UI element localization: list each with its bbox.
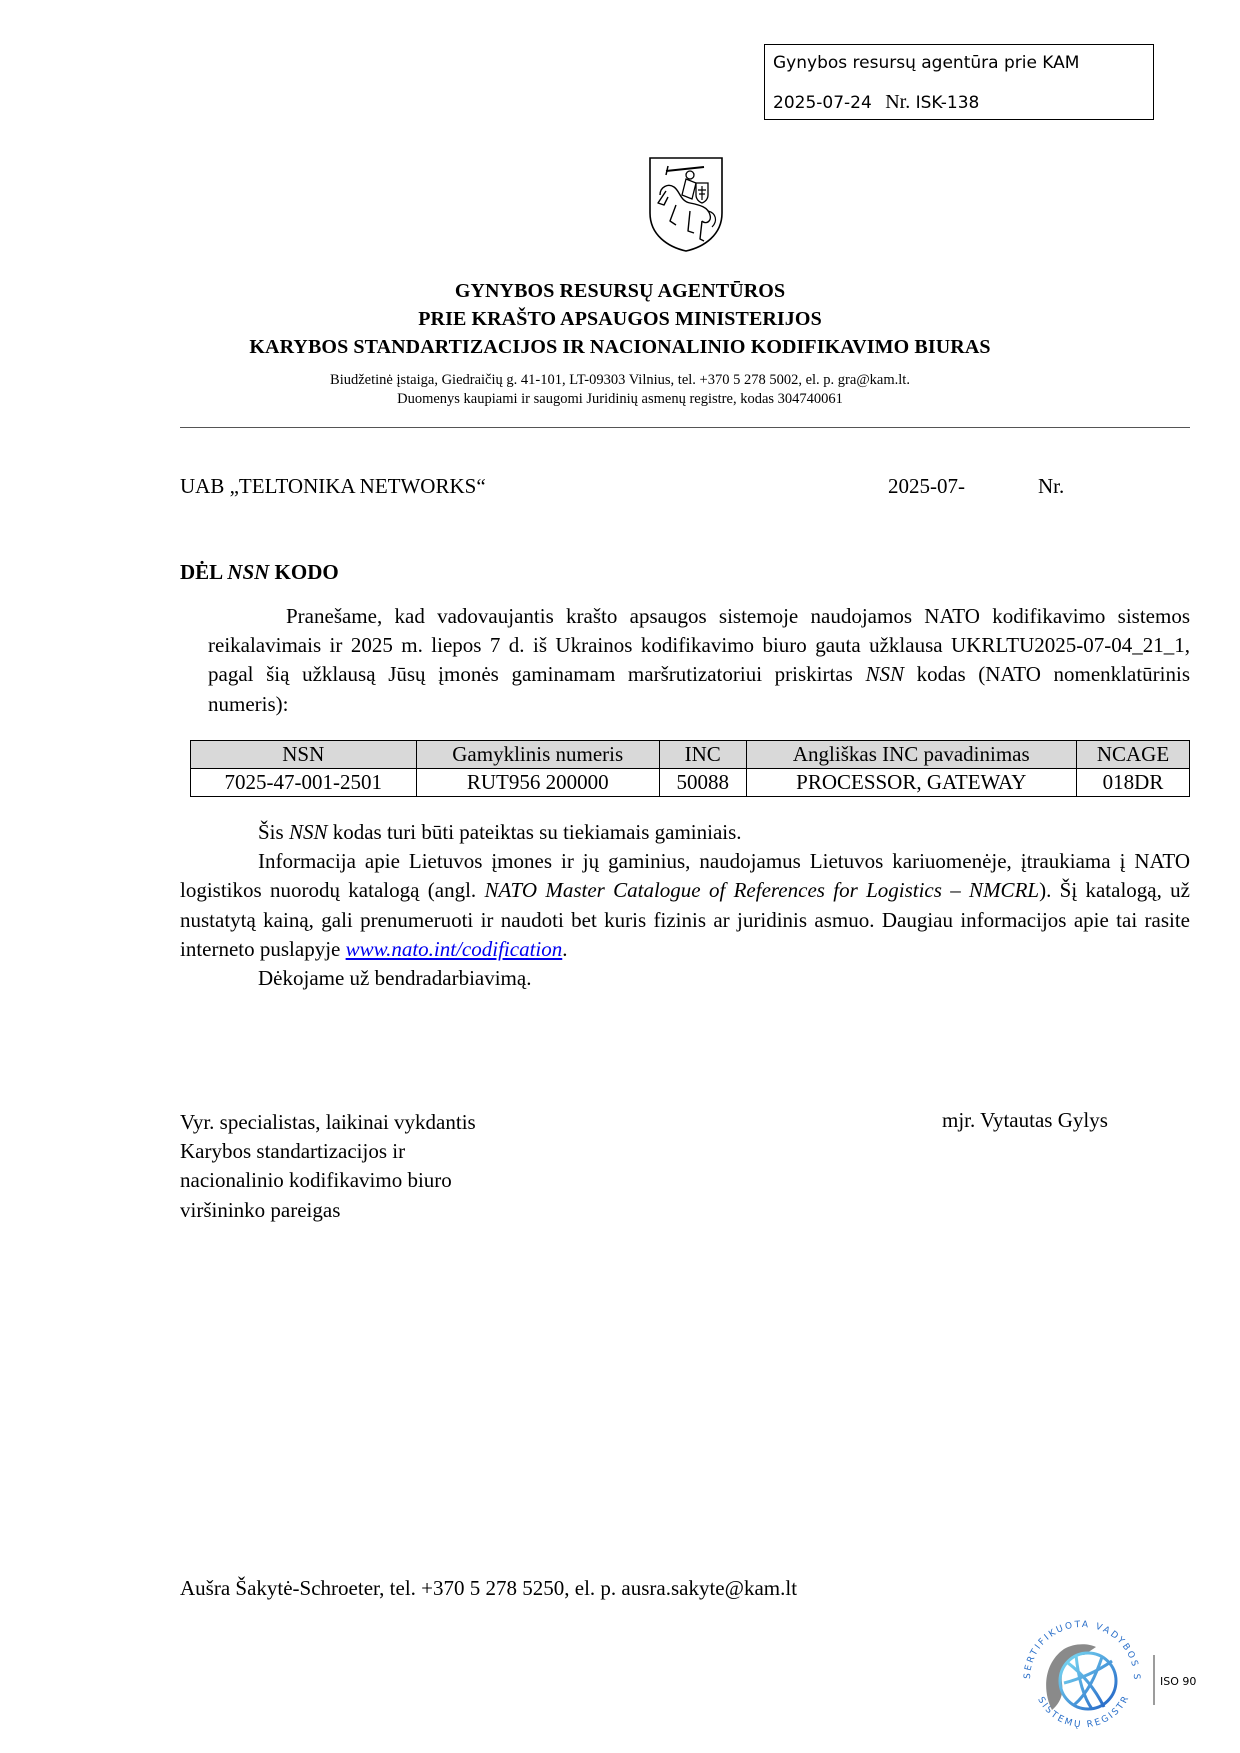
letterhead-line-1: GYNYBOS RESURSŲ AGENTŪROS: [0, 280, 1240, 303]
coat-of-arms-icon: [646, 155, 726, 253]
column-header-ncage: NCAGE: [1077, 741, 1190, 769]
letterhead-registry: Duomenys kaupiami ir saugomi Juridinių a…: [0, 391, 1240, 408]
registration-agency: Gynybos resursų agentūra prie KAM: [773, 53, 1079, 73]
letterhead-address: Biudžetinė įstaiga, Giedraičių g. 41-101…: [0, 372, 1240, 389]
iso-certification-logo: SERTIFIKUOTA VADYBOS SISTEMA SISTEMŲ REG…: [1012, 1605, 1197, 1745]
recipient: UAB „TELTONIKA NETWORKS“: [180, 474, 486, 499]
letterhead-line-2: PRIE KRAŠTO APSAUGOS MINISTERIJOS: [0, 308, 1240, 331]
cell-ncage: 018DR: [1077, 769, 1190, 797]
cell-inc-name: PROCESSOR, GATEWAY: [746, 769, 1077, 797]
cell-inc: 50088: [659, 769, 746, 797]
paragraph-notice-italic: NSN: [865, 662, 904, 686]
iso-standard-label: ISO 9001: [1160, 1675, 1197, 1688]
paragraph-thanks: Dėkojame už bendradarbiavimą.: [180, 964, 1190, 993]
signature-position-line: Vyr. specialistas, laikinai vykdantis: [180, 1108, 476, 1137]
subject-suffix: KODO: [269, 560, 338, 584]
letterhead-line-3: KARYBOS STANDARTIZACIJOS IR NACIONALINIO…: [0, 336, 1240, 359]
subject-prefix: DĖL: [180, 560, 227, 584]
paragraph-catalogue-end: .: [562, 937, 567, 961]
paragraph-notice: Pranešame, kad vadovaujantis krašto apsa…: [208, 602, 1190, 719]
nsn-table: NSN Gamyklinis numeris INC Angliškas INC…: [190, 740, 1190, 797]
cell-nsn: 7025-47-001-2501: [191, 769, 417, 797]
column-header-inc: INC: [659, 741, 746, 769]
letter-number-label: Nr.: [1038, 474, 1064, 499]
paragraph-nsn-prefix: Šis: [258, 820, 289, 844]
signature-position-line: Karybos standartizacijos ir: [180, 1137, 476, 1166]
cell-serial: RUT956 200000: [416, 769, 659, 797]
table-row: 7025-47-001-2501 RUT956 200000 50088 PRO…: [191, 769, 1190, 797]
subject: DĖL NSN KODO: [180, 560, 339, 585]
paragraph-nsn-suffix: kodas turi būti pateiktas su tiekiamais …: [327, 820, 741, 844]
column-header-nsn: NSN: [191, 741, 417, 769]
registration-date: 2025-07-24: [773, 93, 872, 113]
contact-line: Aušra Šakytė-Schroeter, tel. +370 5 278 …: [180, 1576, 797, 1601]
letterhead-divider: [180, 427, 1190, 428]
registration-date-number: 2025-07-24 Nr. ISK-138: [773, 91, 979, 114]
column-header-inc-name: Angliškas INC pavadinimas: [746, 741, 1077, 769]
paragraph-nsn-requirement: Šis NSN kodas turi būti pateiktas su tie…: [180, 818, 1190, 847]
paragraph-catalogue-info: Informacija apie Lietuvos įmones ir jų g…: [180, 847, 1190, 964]
subject-italic: NSN: [227, 560, 269, 584]
signature-position: Vyr. specialistas, laikinai vykdantis Ka…: [180, 1108, 476, 1225]
paragraph-nsn-italic: NSN: [289, 820, 328, 844]
registration-nr-label: Nr.: [885, 91, 910, 113]
table-header-row: NSN Gamyklinis numeris INC Angliškas INC…: [191, 741, 1190, 769]
registration-nr-value: ISK-138: [916, 93, 980, 113]
signatory-name: mjr. Vytautas Gylys: [942, 1108, 1108, 1133]
codification-link[interactable]: www.nato.int/codification: [346, 937, 563, 961]
registration-stamp: Gynybos resursų agentūra prie KAM 2025-0…: [764, 44, 1154, 120]
letter-date: 2025-07-: [888, 474, 965, 499]
signature-position-line: nacionalinio kodifikavimo biuro: [180, 1166, 476, 1195]
signature-position-line: viršininko pareigas: [180, 1196, 476, 1225]
column-header-serial: Gamyklinis numeris: [416, 741, 659, 769]
paragraph-catalogue-italic: NATO Master Catalogue of References for …: [484, 878, 1039, 902]
body-paragraphs: Šis NSN kodas turi būti pateiktas su tie…: [180, 818, 1190, 993]
